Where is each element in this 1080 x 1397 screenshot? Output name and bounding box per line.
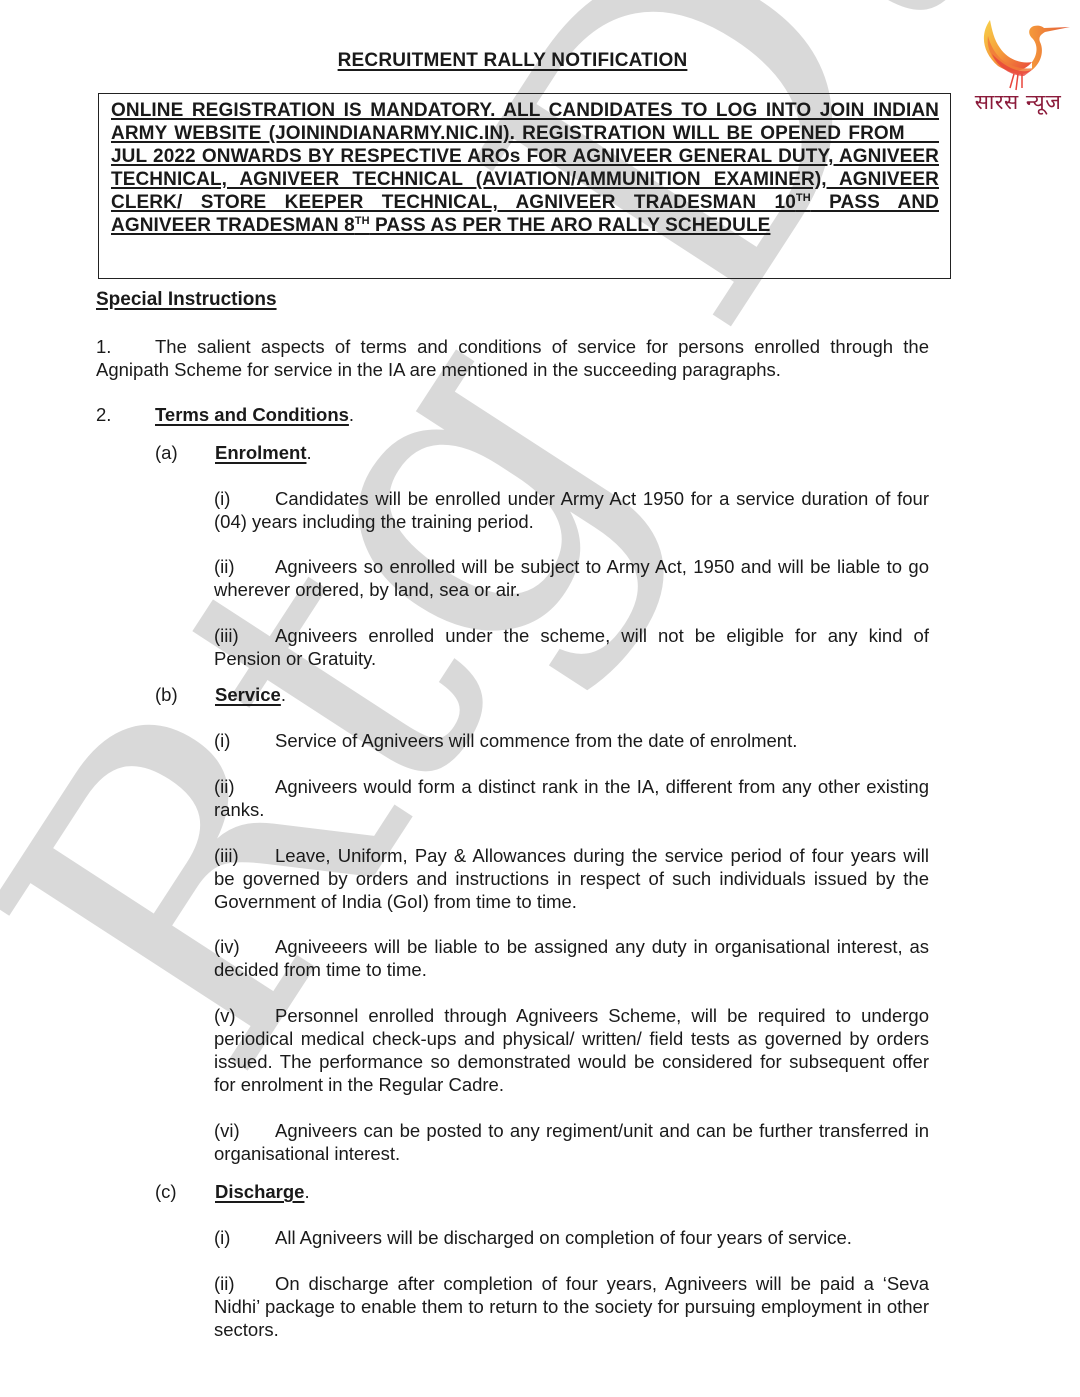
list-item: (v)Personnel enrolled through Agniveers … bbox=[214, 1004, 929, 1096]
list-item: (ii)Agniveers would form a distinct rank… bbox=[214, 775, 929, 821]
list-item: (ii)Agniveers so enrolled will be subjec… bbox=[214, 555, 929, 601]
list-item: (i)All Agniveers will be discharged on c… bbox=[214, 1226, 929, 1249]
paragraph-1: 1.The salient aspects of terms and condi… bbox=[96, 335, 929, 381]
list-item: (iii)Agniveers enrolled under the scheme… bbox=[214, 624, 929, 670]
paragraph-2-heading: 2.Terms and Conditions. bbox=[96, 403, 354, 426]
brand-logo-text: सारस न्यूज bbox=[962, 88, 1074, 116]
notice-text: ONLINE REGISTRATION IS MANDATORY. ALL CA… bbox=[111, 99, 939, 237]
list-item: (iv)Agniveeers will be liable to be assi… bbox=[214, 935, 929, 981]
document-title: RECRUITMENT RALLY NOTIFICATION bbox=[0, 50, 1025, 72]
section-b-heading: (b)Service. bbox=[155, 683, 286, 706]
section-a-heading: (a)Enrolment. bbox=[155, 441, 312, 464]
list-item: (i)Candidates will be enrolled under Arm… bbox=[214, 487, 929, 533]
list-item: (i)Service of Agniveers will commence fr… bbox=[214, 729, 929, 752]
notice-box: ONLINE REGISTRATION IS MANDATORY. ALL CA… bbox=[98, 93, 951, 279]
special-instructions-heading: Special Instructions bbox=[96, 288, 277, 311]
list-item: (iii)Leave, Uniform, Pay & Allowances du… bbox=[214, 844, 929, 913]
list-item: (ii)On discharge after completion of fou… bbox=[214, 1272, 929, 1341]
list-item: (vi)Agniveers can be posted to any regim… bbox=[214, 1119, 929, 1165]
paragraph-number: 1. bbox=[96, 335, 155, 358]
section-c-heading: (c)Discharge. bbox=[155, 1180, 310, 1203]
